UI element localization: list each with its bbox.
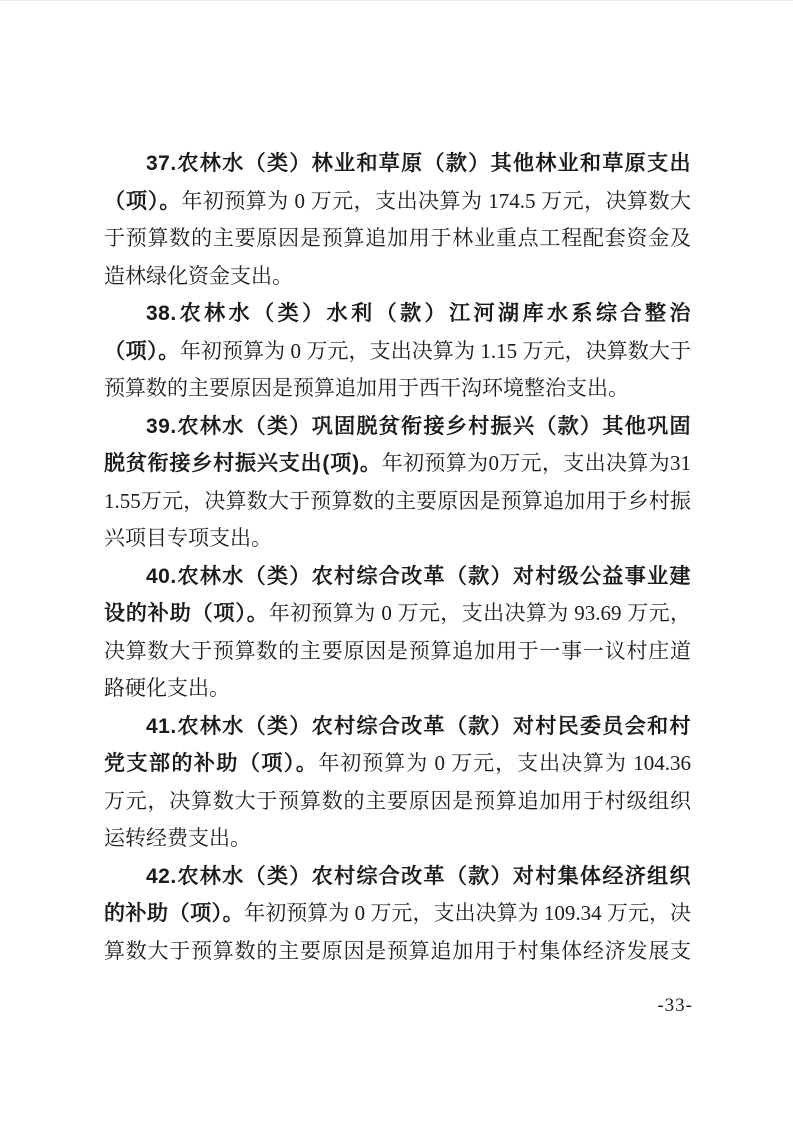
page-content: 37.农林水（类）林业和草原（款）其他林业和草原支出（项）。年初预算为 0 万元… bbox=[104, 145, 691, 970]
budget-item-38: 38.农林水（类）水利（款）江河湖库水系综合整治（项）。年初预算为 0 万元，支… bbox=[104, 295, 691, 408]
budget-item-41: 41.农林水（类）农村综合改革（款）对村民委员会和村党支部的补助（项）。年初预算… bbox=[104, 708, 691, 858]
budget-item-42: 42.农林水（类）农村综合改革（款）对村集体经济组织的补助（项）。年初预算为 0… bbox=[104, 858, 691, 971]
item-37-body: 年初预算为 0 万元，支出决算为 174.5 万元，决算数大于预算数的主要原因是… bbox=[104, 189, 691, 288]
document-page: 37.农林水（类）林业和草原（款）其他林业和草原支出（项）。年初预算为 0 万元… bbox=[0, 0, 793, 1122]
budget-item-40: 40.农林水（类）农村综合改革（款）对村级公益事业建设的补助（项）。年初预算为 … bbox=[104, 558, 691, 708]
item-38-body: 年初预算为 0 万元，支出决算为 1.15 万元，决算数大于预算数的主要原因是预… bbox=[104, 339, 691, 401]
budget-item-37: 37.农林水（类）林业和草原（款）其他林业和草原支出（项）。年初预算为 0 万元… bbox=[104, 145, 691, 295]
budget-item-39: 39.农林水（类）巩固脱贫衔接乡村振兴（款）其他巩固脱贫衔接乡村振兴支出(项)。… bbox=[104, 408, 691, 558]
page-number: -33- bbox=[657, 995, 693, 1017]
